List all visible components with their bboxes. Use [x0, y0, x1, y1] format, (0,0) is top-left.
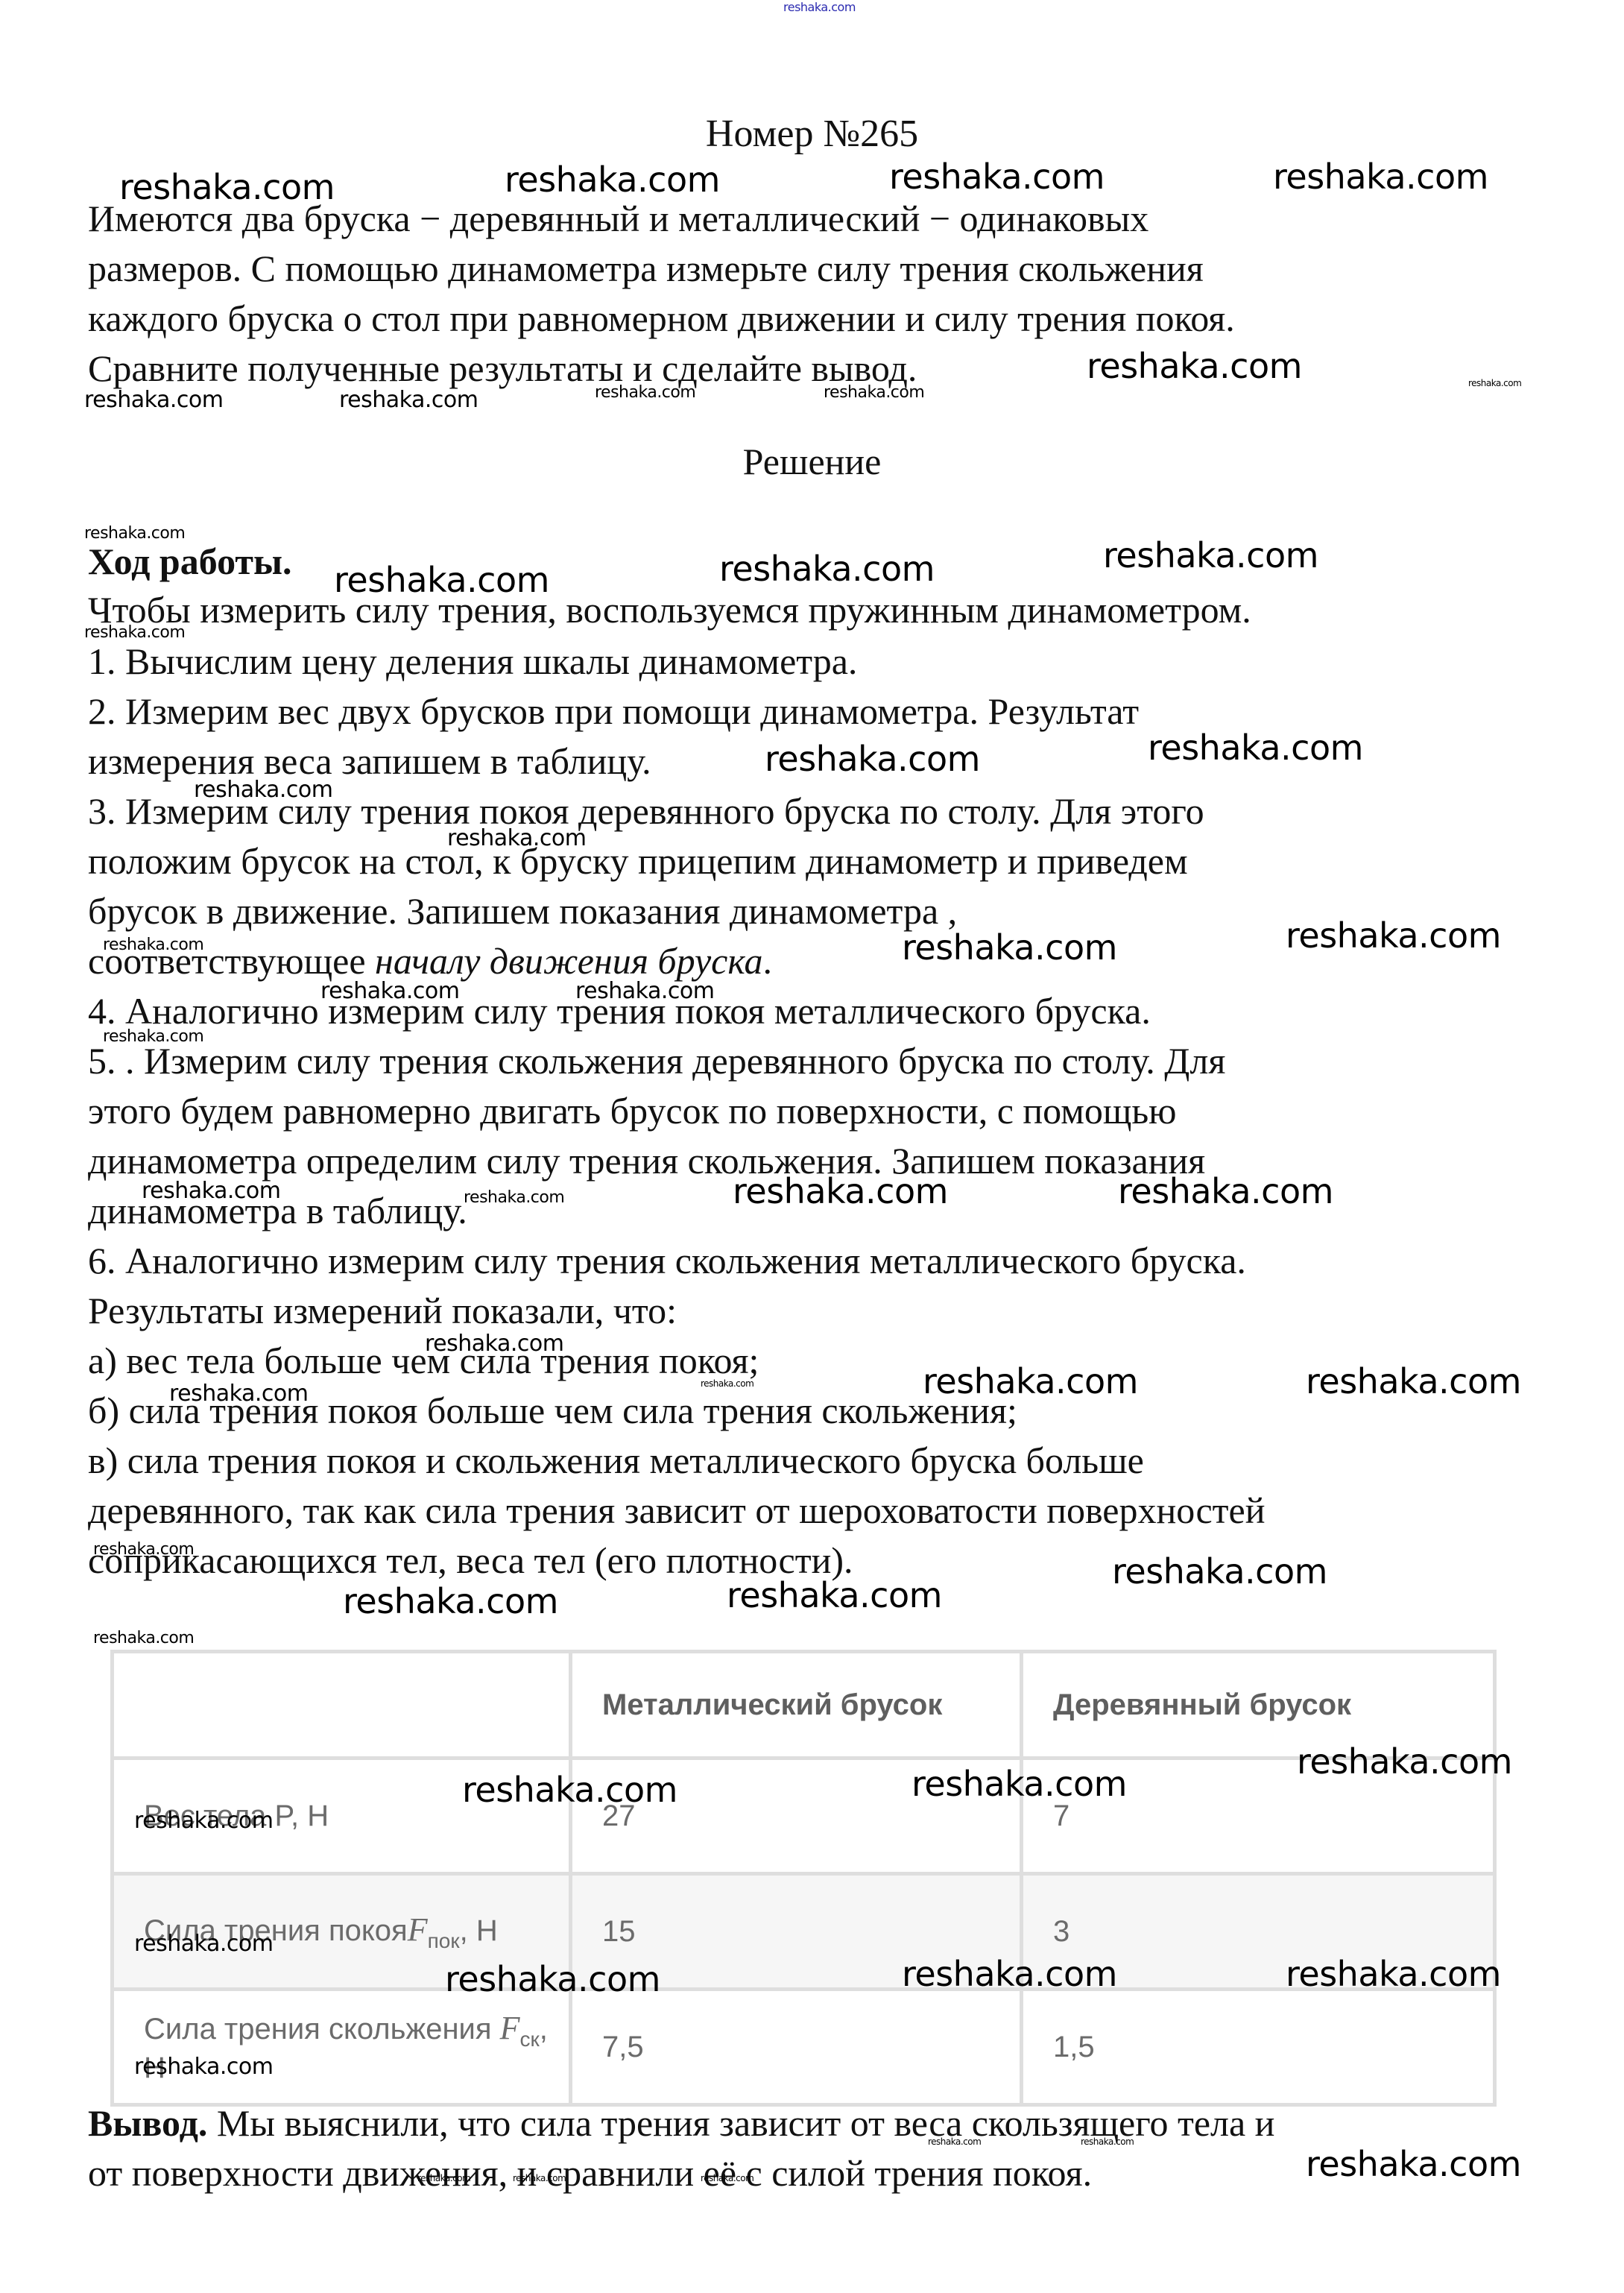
watermark: reshaka.com — [445, 1962, 660, 1996]
watermark: reshaka.com — [911, 1767, 1127, 1801]
watermark: reshaka.com — [1148, 731, 1363, 765]
watermark: reshaka.com — [464, 1190, 564, 1206]
watermark: reshaka.com — [84, 625, 185, 641]
watermark: reshaka.com — [1273, 160, 1488, 194]
force-symbol: F — [408, 1911, 428, 1948]
conclusion-label: Вывод. — [88, 2102, 207, 2144]
watermark: reshaka.com — [103, 1029, 203, 1045]
watermark: reshaka.com — [1103, 538, 1318, 573]
watermark: reshaka.com — [1306, 2147, 1521, 2181]
table-header-cell: Металлический брусок — [571, 1652, 1022, 1759]
watermark: reshaka.com — [1286, 1957, 1501, 1991]
watermark: reshaka.com — [339, 389, 478, 411]
watermark: reshaka.com — [119, 170, 335, 204]
watermark: reshaka.com — [93, 1630, 194, 1647]
work-line: этого будем равномерно двигать брусок по… — [88, 1092, 1177, 1129]
watermark: reshaka.com — [334, 563, 549, 597]
watermark: reshaka.com — [1297, 1744, 1512, 1779]
force-subscript: ск — [520, 2028, 540, 2051]
work-line: Результаты измерений показали, что: — [88, 1292, 677, 1329]
row-label-text: Сила трения скольжения — [144, 2013, 500, 2046]
watermark: reshaka.com — [1112, 1554, 1327, 1589]
work-line: измерения веса запишем в таблицу. — [88, 742, 651, 780]
watermark: reshaka.com — [505, 163, 720, 197]
watermark: reshaka.com — [1306, 1364, 1521, 1398]
row-unit: , Н — [460, 1914, 498, 1947]
watermark: reshaka.com — [103, 937, 203, 953]
watermark: reshaka.com — [134, 2056, 274, 2078]
table-row: Сила трения скольжения Fск, Н 7,5 1,5 — [113, 1990, 1495, 2105]
work-line: положим брусок на стол, к бруску прицепи… — [88, 842, 1188, 880]
watermark: reshaka.com — [447, 827, 587, 850]
header-watermark: reshaka.com — [783, 1, 856, 13]
watermark: reshaka.com — [1081, 2137, 1134, 2146]
watermark: reshaka.com — [1286, 918, 1501, 953]
watermark: reshaka.com — [765, 742, 980, 776]
watermark: reshaka.com — [425, 1333, 564, 1355]
watermark: reshaka.com — [719, 552, 935, 586]
watermark: reshaka.com — [1468, 379, 1521, 388]
watermark: reshaka.com — [142, 1180, 281, 1202]
watermark: reshaka.com — [513, 2174, 566, 2183]
watermark: reshaka.com — [343, 1584, 558, 1618]
watermark: reshaka.com — [134, 1810, 274, 1832]
watermark: reshaka.com — [595, 385, 695, 401]
work-line: 6. Аналогично измерим силу трения скольж… — [88, 1242, 1246, 1279]
work-line: а) вес тела больше чем сила трения покоя… — [88, 1342, 759, 1379]
force-symbol: F — [500, 2010, 520, 2046]
watermark: reshaka.com — [84, 389, 224, 411]
task-line: каждого бруска о стол при равномерном дв… — [88, 300, 1235, 337]
watermark: reshaka.com — [1118, 1174, 1333, 1208]
work-line-suffix: . — [762, 940, 772, 982]
watermark: reshaka.com — [575, 980, 715, 1003]
work-line: 2. Измерим вес двух брусков при помощи д… — [88, 693, 1139, 730]
watermark: reshaka.com — [462, 1773, 677, 1807]
watermark: reshaka.com — [727, 1578, 942, 1612]
watermark: reshaka.com — [923, 1364, 1138, 1398]
work-line: Чтобы измерить силу трения, воспользуемс… — [88, 591, 1251, 628]
watermark: reshaka.com — [928, 2137, 981, 2146]
watermark: reshaka.com — [902, 1957, 1117, 1991]
solution-heading: Решение — [0, 440, 1624, 483]
work-line: динамометра определим силу трения скольж… — [88, 1142, 1205, 1179]
force-subscript: пок — [428, 1929, 460, 1952]
work-line: соприкасающихся тел, веса тел (его плотн… — [88, 1542, 853, 1579]
watermark: reshaka.com — [84, 526, 185, 542]
watermark: reshaka.com — [320, 980, 460, 1003]
results-table: Металлический брусок Деревянный брусок В… — [110, 1650, 1497, 2107]
document-page: reshaka.com Номер №265 Имеются два бруск… — [0, 0, 1624, 2293]
watermark: reshaka.com — [733, 1174, 948, 1208]
work-line: 1. Вычислим цену деления шкалы динамомет… — [88, 643, 857, 680]
watermark: reshaka.com — [194, 779, 333, 801]
work-line: брусок в движение. Запишем показания дин… — [88, 892, 957, 930]
watermark: reshaka.com — [169, 1383, 309, 1405]
table-header-cell — [113, 1652, 571, 1759]
watermark: reshaka.com — [417, 2174, 470, 2183]
page-title: Номер №265 — [0, 112, 1624, 156]
work-line-emphasis: началу движения бруска — [375, 940, 762, 982]
work-line: деревянного, так как сила трения зависит… — [88, 1492, 1265, 1529]
watermark: reshaka.com — [889, 160, 1105, 194]
watermark: reshaka.com — [701, 1379, 753, 1388]
watermark: reshaka.com — [701, 2174, 753, 2183]
work-line: в) сила трения покоя и скольжения металл… — [88, 1442, 1144, 1479]
task-line: размеров. С помощью динамометра измерьте… — [88, 250, 1204, 287]
watermark: reshaka.com — [902, 930, 1117, 965]
work-line: 5. . Измерим силу трения скольжения дере… — [88, 1042, 1225, 1079]
watermark: reshaka.com — [1087, 349, 1302, 383]
watermark: reshaka.com — [93, 1542, 194, 1558]
work-heading: Ход работы. — [88, 543, 292, 580]
wood-value: 1,5 — [1022, 1990, 1495, 2105]
metal-value: 7,5 — [571, 1990, 1022, 2105]
task-line: Сравните полученные результаты и сделайт… — [88, 350, 917, 387]
table-header-row: Металлический брусок Деревянный брусок — [113, 1652, 1495, 1759]
table-row: Вес тела P, Н 27 7 — [113, 1759, 1495, 1874]
watermark: reshaka.com — [134, 1933, 274, 1955]
watermark: reshaka.com — [824, 385, 924, 401]
conclusion-line: от поверхности движения, и сравнили её с… — [88, 2154, 1092, 2192]
row-label: Сила трения скольжения Fск, Н — [113, 1990, 571, 2105]
